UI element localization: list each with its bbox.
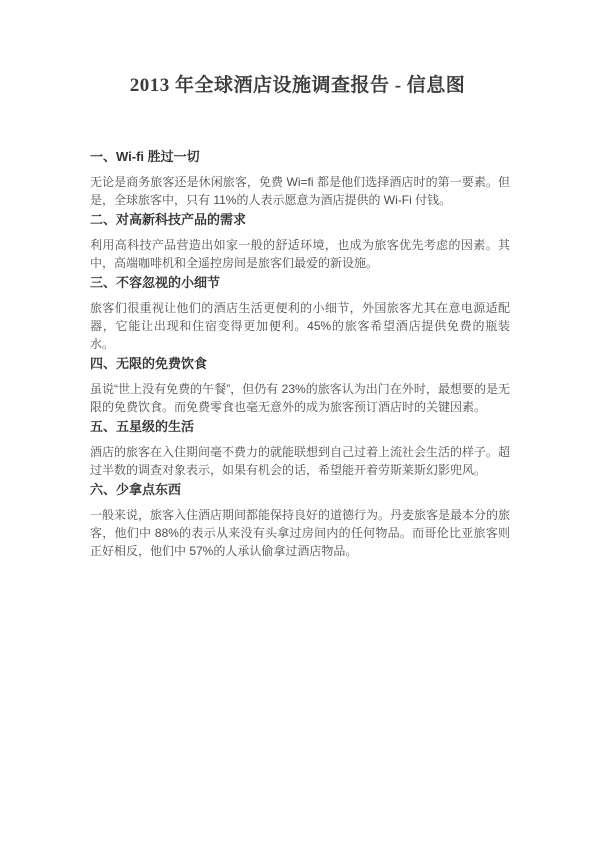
section-heading: 六、少拿点东西 — [90, 483, 510, 497]
document-body: 一、Wi-fi 胜过一切 无论是商务旅客还是休闲旅客，免费 Wi=fi 都是他们… — [90, 150, 510, 560]
report-section: 六、少拿点东西 一般来说，旅客入住酒店期间都能保持良好的道德行为。丹麦旅客是最本… — [90, 483, 510, 560]
section-body: 酒店的旅客在入住期间毫不费力的就能联想到自己过着上流社会生活的样子。超过半数的调… — [90, 443, 510, 479]
section-body: 一般来说，旅客入住酒店期间都能保持良好的道德行为。丹麦旅客是最本分的旅客，他们中… — [90, 506, 510, 560]
section-body: 利用高科技产品营造出如家一般的舒适环境，也成为旅客优先考虑的因素。其中，高端咖啡… — [90, 236, 510, 272]
report-section: 三、不容忽视的小细节 旅客们很重视让他们的酒店生活更便利的小细节，外国旅客尤其在… — [90, 276, 510, 353]
section-heading: 二、对高新科技产品的需求 — [90, 213, 510, 227]
document-page: 2013 年全球酒店设施调查报告 - 信息图 一、Wi-fi 胜过一切 无论是商… — [0, 0, 595, 842]
report-section: 四、无限的免费饮食 虽说“世上没有免费的午餐”，但仍有 23%的旅客认为出门在外… — [90, 357, 510, 416]
section-body: 旅客们很重视让他们的酒店生活更便利的小细节，外国旅客尤其在意电源适配器，它能让出… — [90, 299, 510, 353]
section-heading: 五、五星级的生活 — [90, 420, 510, 434]
page-title: 2013 年全球酒店设施调查报告 - 信息图 — [0, 0, 595, 99]
section-heading: 四、无限的免费饮食 — [90, 357, 510, 371]
report-section: 一、Wi-fi 胜过一切 无论是商务旅客还是休闲旅客，免费 Wi=fi 都是他们… — [90, 150, 510, 209]
section-body: 虽说“世上没有免费的午餐”，但仍有 23%的旅客认为出门在外时，最想要的是无限的… — [90, 380, 510, 416]
report-section: 二、对高新科技产品的需求 利用高科技产品营造出如家一般的舒适环境，也成为旅客优先… — [90, 213, 510, 272]
section-body: 无论是商务旅客还是休闲旅客，免费 Wi=fi 都是他们选择酒店时的第一要素。但是… — [90, 173, 510, 209]
report-section: 五、五星级的生活 酒店的旅客在入住期间毫不费力的就能联想到自己过着上流社会生活的… — [90, 420, 510, 479]
section-heading: 一、Wi-fi 胜过一切 — [90, 150, 510, 164]
section-heading: 三、不容忽视的小细节 — [90, 276, 510, 290]
